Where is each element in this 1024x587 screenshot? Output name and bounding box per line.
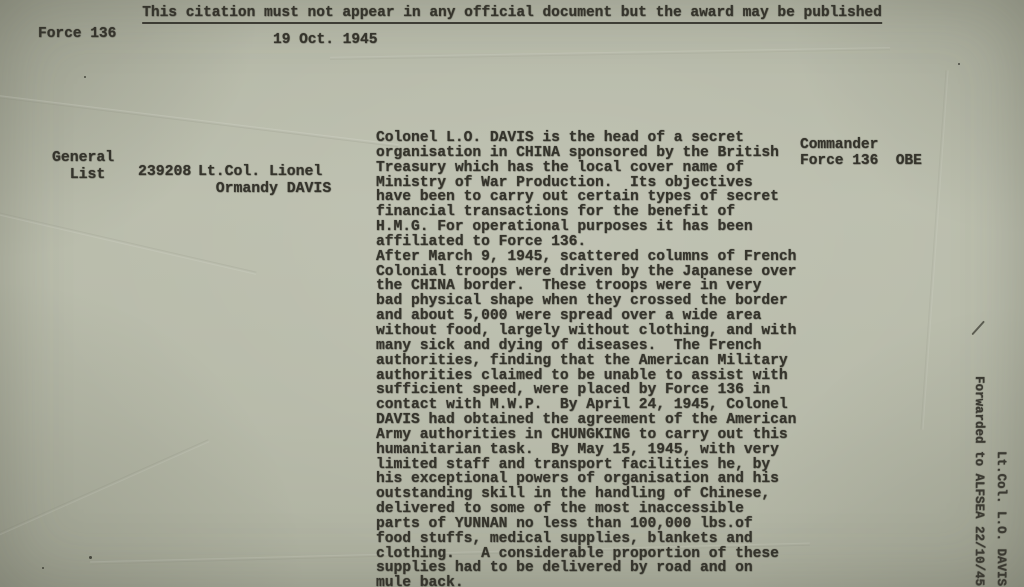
citation-document-page: This citation must not appear in any off…	[0, 0, 1024, 587]
paper-crease	[0, 439, 209, 547]
ink-speck	[42, 567, 44, 569]
paper-crease	[0, 92, 399, 147]
paper-crease	[0, 204, 256, 274]
service-number: 239208	[138, 164, 191, 180]
document-date: 19 Oct. 1945	[273, 32, 377, 48]
pen-check-mark	[971, 321, 984, 335]
corps-name: General List	[52, 150, 114, 183]
security-classification-note: This citation must not appear in any off…	[142, 5, 882, 24]
paper-crease	[920, 70, 948, 429]
forwarding-note-vertical: Lt.Col. L.O. DAVIS Forwarded to ALFSEA 2…	[968, 376, 1012, 586]
ink-speck	[84, 76, 86, 78]
ink-speck	[89, 556, 92, 559]
unit-label: Force 136	[38, 26, 116, 42]
ink-speck	[958, 63, 960, 65]
officer-name: Lt.Col. Lionel Ormandy DAVIS	[198, 164, 331, 197]
citation-body-text: Colonel L.O. DAVIS is the head of a secr…	[376, 131, 796, 587]
recommendation-note: Commander Force 136 OBE	[800, 137, 922, 169]
paper-crease	[330, 47, 890, 60]
